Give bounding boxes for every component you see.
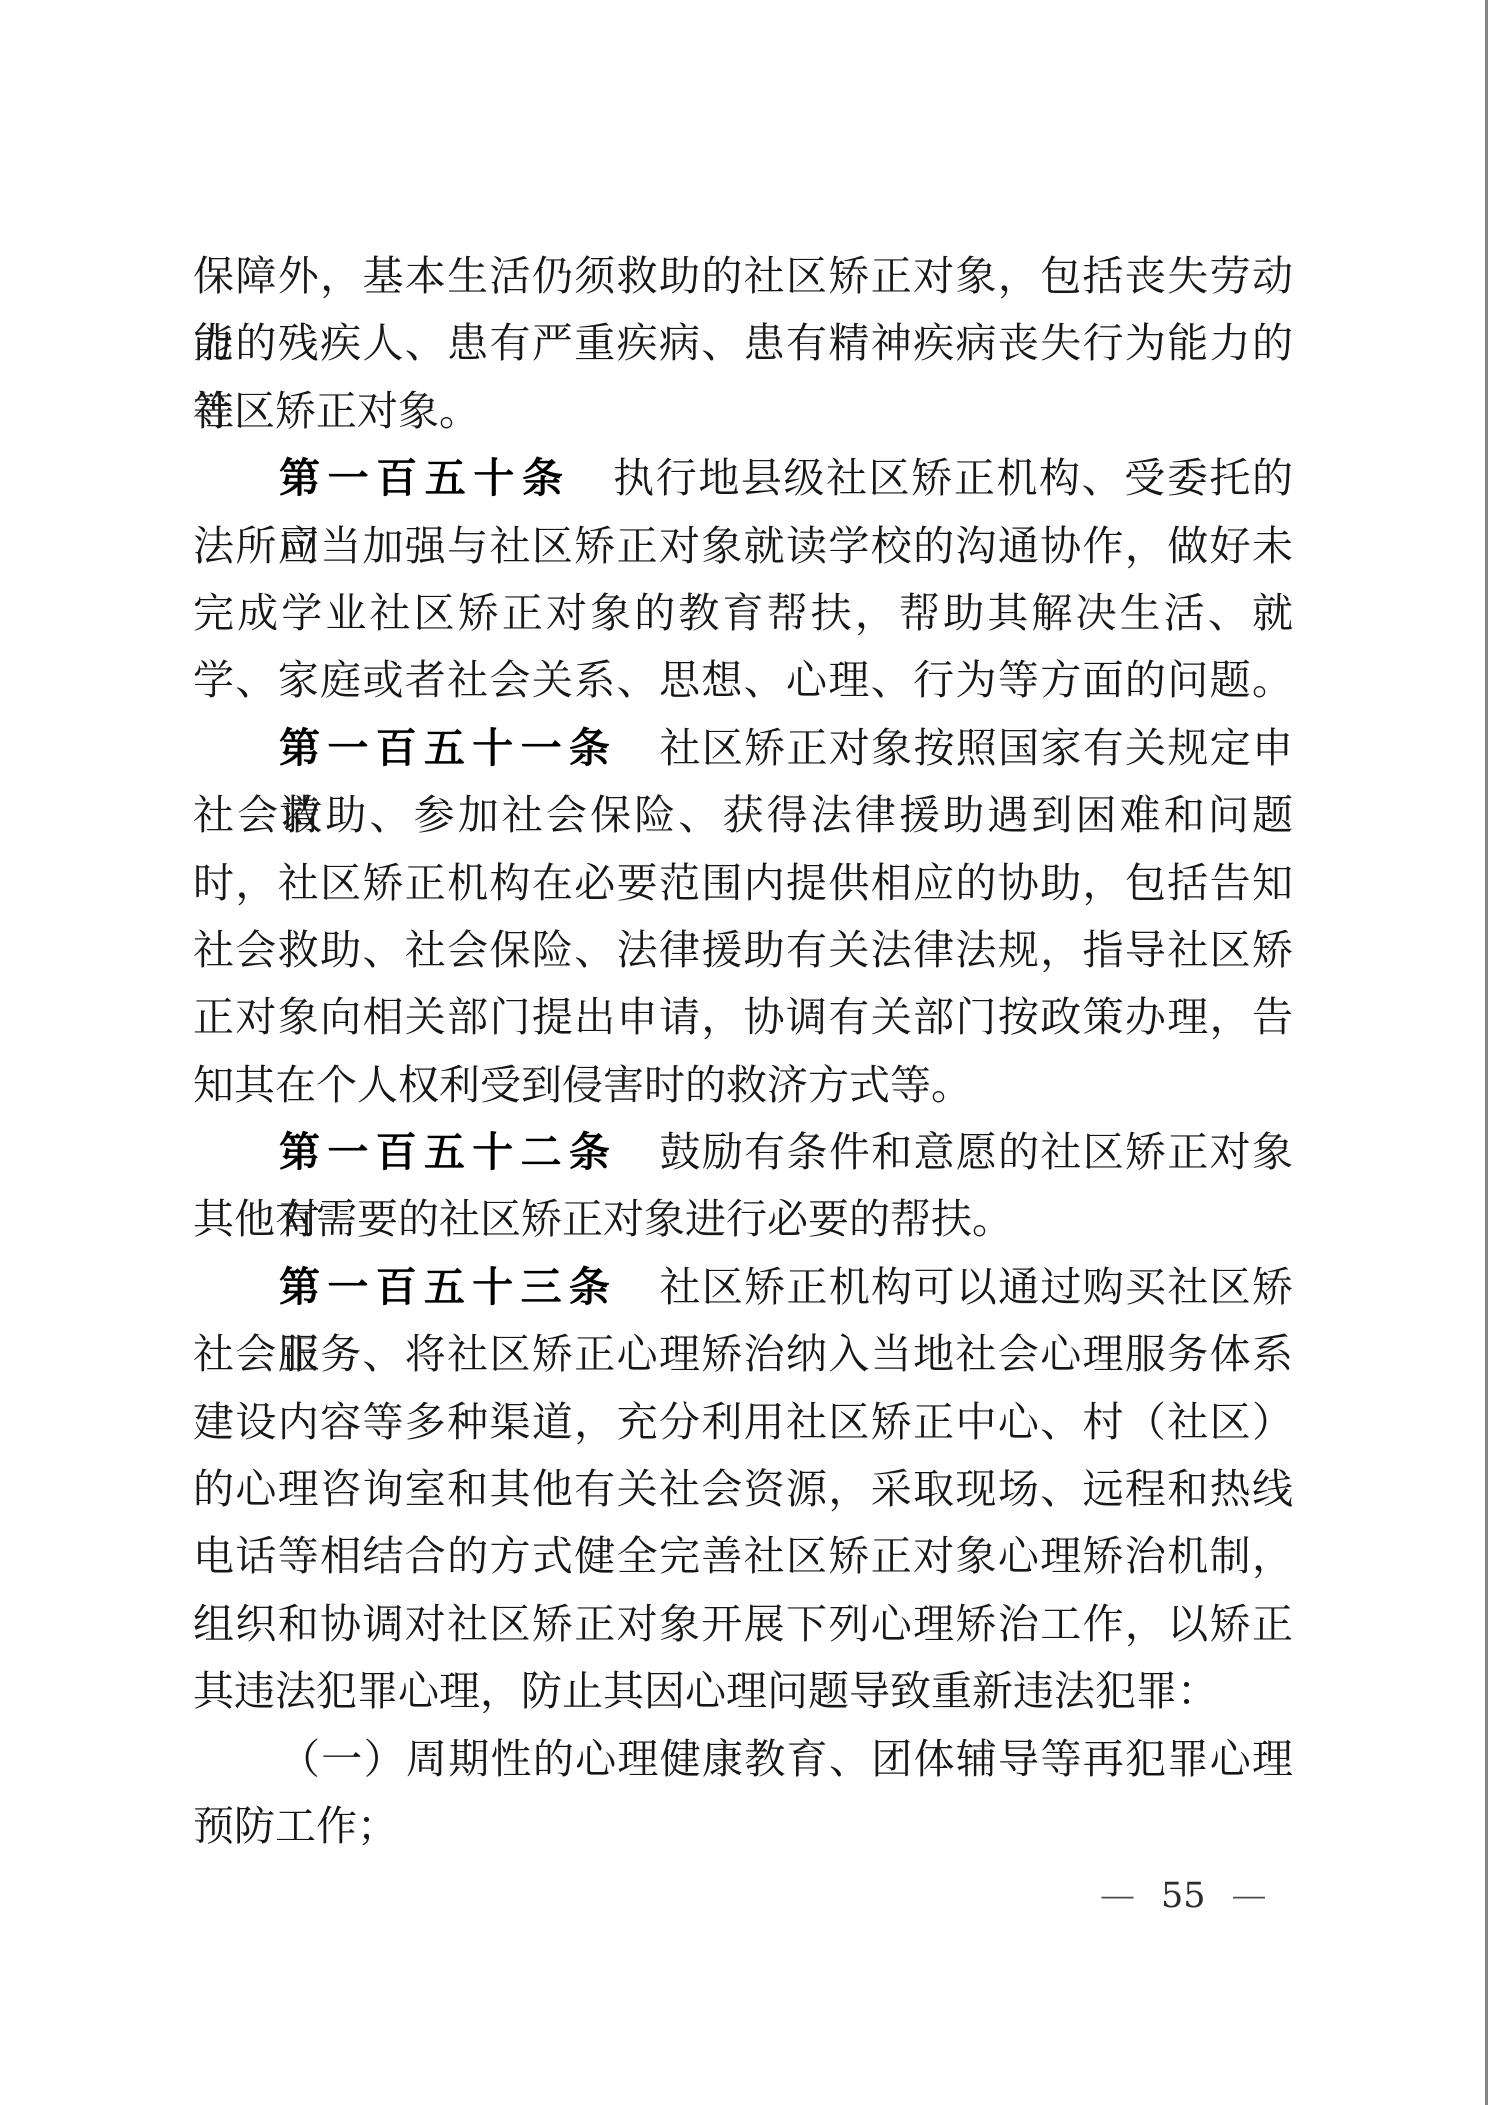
text-line: 第一百五十条 执行地县级社区矫正机构、受委托的司: [193, 445, 1293, 512]
text-line: 第一百五十一条 社区矫正对象按照国家有关规定申请: [193, 715, 1293, 782]
line-text: 其违法犯罪心理，防止其因心理问题导致重新违法犯罪：: [193, 1667, 1218, 1715]
document-body: 保障外，基本生活仍须救助的社区矫正对象，包括丧失劳动能 力的残疾人、患有严重疾病…: [193, 243, 1293, 1860]
text-line: 其他有需要的社区矫正对象进行必要的帮扶。: [193, 1186, 1293, 1253]
text-line: 第一百五十三条 社区矫正机构可以通过购买社区矫正: [193, 1254, 1293, 1321]
line-text: 知其在个人权利受到侵害时的救济方式等。: [193, 1061, 972, 1109]
line-text: 组织和协调对社区矫正对象开展下列心理矫治工作，以矫正: [193, 1600, 1293, 1648]
line-text: 完成学业社区矫正对象的教育帮扶，帮助其解决生活、就: [193, 589, 1293, 637]
text-line: 预防工作；: [193, 1793, 1293, 1860]
text-line: 正对象向相关部门提出申请，协调有关部门按政策办理，告: [193, 984, 1293, 1051]
page-footer: — 55 —: [1100, 1876, 1267, 1916]
line-text: 建设内容等多种渠道，充分利用社区矫正中心、村（社区）: [193, 1398, 1293, 1446]
text-line: 的心理咨询室和其他有关社会资源，采取现场、远程和热线: [193, 1456, 1293, 1523]
text-line: 其违法犯罪心理，防止其因心理问题导致重新违法犯罪：: [193, 1658, 1293, 1725]
text-line: 社会服务、将社区矫正心理矫治纳入当地社会心理服务体系: [193, 1321, 1293, 1388]
text-line: 保障外，基本生活仍须救助的社区矫正对象，包括丧失劳动能: [193, 243, 1293, 310]
text-line: 法所应当加强与社区矫正对象就读学校的沟通协作，做好未: [193, 513, 1293, 580]
text-line: 社区矫正对象。: [193, 378, 1293, 445]
article-number: 第一百五十条: [279, 454, 571, 502]
line-text: 社区矫正对象。: [193, 387, 480, 435]
article-number: 第一百五十三条: [279, 1263, 617, 1311]
line-text: 电话等相结合的方式健全完善社区矫正对象心理矫治机制，: [193, 1532, 1293, 1580]
text-line: 电话等相结合的方式健全完善社区矫正对象心理矫治机制，: [193, 1523, 1293, 1590]
line-text: 学、家庭或者社会关系、思想、心理、行为等方面的问题。: [193, 656, 1293, 704]
line-text: （一）周期性的心理健康教育、团体辅导等再犯罪心理: [279, 1735, 1293, 1783]
line-text: 社会救助、参加社会保险、获得法律援助遇到困难和问题: [193, 791, 1293, 839]
text-line: 社会救助、社会保险、法律援助有关法律法规，指导社区矫: [193, 917, 1293, 984]
line-text: 正对象向相关部门提出申请，协调有关部门按政策办理，告: [193, 993, 1293, 1041]
line-text: 法所应当加强与社区矫正对象就读学校的沟通协作，做好未: [193, 522, 1293, 570]
text-line: 社会救助、参加社会保险、获得法律援助遇到困难和问题: [193, 782, 1293, 849]
text-line: 组织和协调对社区矫正对象开展下列心理矫治工作，以矫正: [193, 1591, 1293, 1658]
page-number: 55: [1161, 1876, 1206, 1916]
text-line: 时，社区矫正机构在必要范围内提供相应的协助，包括告知: [193, 850, 1293, 917]
text-line: 完成学业社区矫正对象的教育帮扶，帮助其解决生活、就: [193, 580, 1293, 647]
line-text: 其他有需要的社区矫正对象进行必要的帮扶。: [193, 1195, 1013, 1243]
footer-dash-right: —: [1232, 1881, 1267, 1911]
text-line: 建设内容等多种渠道，充分利用社区矫正中心、村（社区）: [193, 1389, 1293, 1456]
article-number: 第一百五十二条: [279, 1128, 617, 1176]
line-text: 的心理咨询室和其他有关社会资源，采取现场、远程和热线: [193, 1465, 1293, 1513]
line-text: 预防工作；: [193, 1802, 398, 1850]
text-line: 第一百五十二条 鼓励有条件和意愿的社区矫正对象对: [193, 1119, 1293, 1186]
text-line: 知其在个人权利受到侵害时的救济方式等。: [193, 1052, 1293, 1119]
text-line: 学、家庭或者社会关系、思想、心理、行为等方面的问题。: [193, 647, 1293, 714]
line-text: 社会服务、将社区矫正心理矫治纳入当地社会心理服务体系: [193, 1330, 1293, 1378]
article-number: 第一百五十一条: [279, 724, 617, 772]
footer-dash-left: —: [1100, 1881, 1135, 1911]
text-line: （一）周期性的心理健康教育、团体辅导等再犯罪心理: [193, 1726, 1293, 1793]
line-text: 时，社区矫正机构在必要范围内提供相应的协助，包括告知: [193, 859, 1293, 907]
text-line: 力的残疾人、患有严重疾病、患有精神疾病丧失行为能力的等: [193, 310, 1293, 377]
document-page: 保障外，基本生活仍须救助的社区矫正对象，包括丧失劳动能 力的残疾人、患有严重疾病…: [0, 0, 1488, 2105]
line-text: 社会救助、社会保险、法律援助有关法律法规，指导社区矫: [193, 926, 1293, 974]
